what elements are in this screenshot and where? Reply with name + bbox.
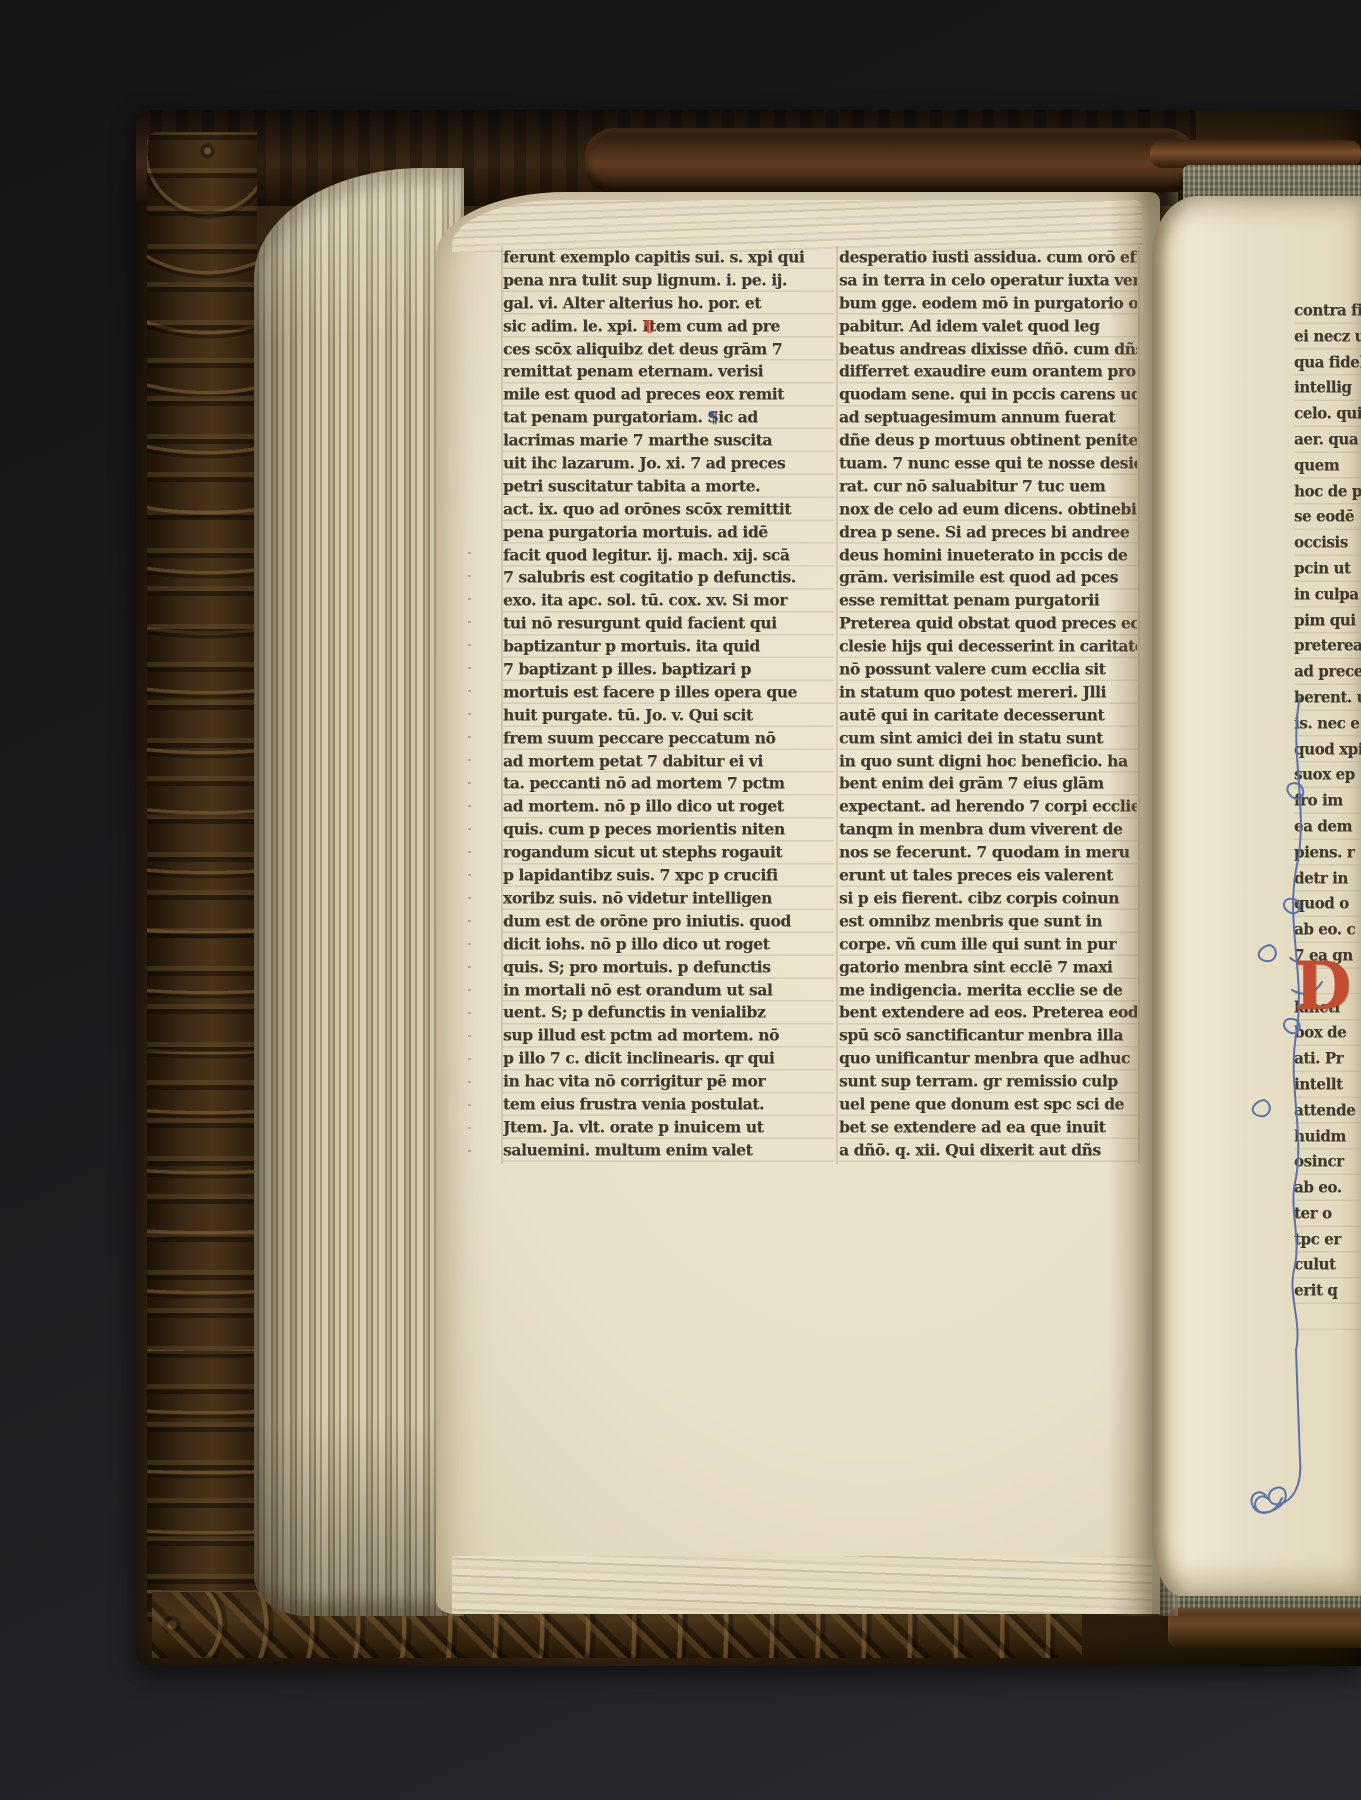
manuscript-text-line: celo. qui <box>1294 401 1361 428</box>
manuscript-text-line: est omnibz menbris que sunt in <box>839 910 1137 934</box>
manuscript-text-line: se eodē <box>1294 504 1361 531</box>
page-bottom-edges <box>452 1556 1152 1614</box>
manuscript-text-line: ces scōx aliquibz det deus grām 7 <box>503 338 834 362</box>
manuscript-text-line: me indigencia. merita ecclie se de <box>839 979 1137 1003</box>
manuscript-text-line: uit ihc lazarum. Jo. xi. 7 ad preces <box>503 452 834 476</box>
manuscript-text-line: quis. S; pro mortuis. p defunctis <box>503 956 834 980</box>
manuscript-text-line: rat. cur nō saluabitur 7 tuc uem <box>839 475 1137 499</box>
manuscript-text-line: grām. verisimile est quod ad pces <box>839 566 1137 590</box>
manuscript-text-line: intellig <box>1294 375 1361 402</box>
manuscript-text-line: p lapidantibz suis. 7 xpc p crucifi <box>503 864 834 888</box>
manuscript-text-line: desperatio iusti assidua. cum orō effi <box>839 246 1137 270</box>
manuscript-text-line: ferunt exemplo capitis sui. s. xpi qui <box>503 246 834 270</box>
decorated-initial-letter: D <box>1294 956 1351 1016</box>
manuscript-text-line: saluemini. multum enim valet <box>503 1139 834 1163</box>
manuscript-text-line: tui nō resurgunt quid facient qui <box>503 612 834 636</box>
manuscript-text-line: act. ix. quo ad orōnes scōx remittit <box>503 498 834 522</box>
manuscript-text-line: tat penam purgatoriam. ¶Sic ad <box>503 406 834 430</box>
manuscript-text-line: exo. ita apc. sol. tū. cox. xv. Si mor <box>503 589 834 613</box>
manuscript-text-line: nō possunt valere cum ecclia sit <box>839 658 1137 682</box>
manuscript-text-line: pena nra tulit sup lignum. i. pe. ij. <box>503 269 834 293</box>
binding-headband-roll <box>585 128 1195 194</box>
manuscript-text-line: tem eius frustra venia postulat. <box>503 1093 834 1117</box>
manuscript-text-line: bent enim dei grām 7 eius glām <box>839 772 1137 796</box>
manuscript-text-line: lacrimas marie 7 marthe suscita <box>503 429 834 453</box>
manuscript-text-line: a dñō. q. xii. Qui dixerit aut dñs <box>839 1139 1137 1163</box>
text-column-left: ferunt exemplo capitis sui. s. xpi quipe… <box>503 246 834 1164</box>
manuscript-text-line: contra fid <box>1294 298 1361 325</box>
manuscript-text-line: remittat penam eternam. verisi <box>503 360 834 384</box>
manuscript-text-line: deus homini inueterato in pccis de <box>839 544 1137 568</box>
manuscript-text-line: preterea h <box>1294 633 1361 660</box>
manuscript-text-line: occisis <box>1294 530 1361 557</box>
manuscript-text-line: quis. cum p peces morientis niten <box>503 818 834 842</box>
manuscript-text-line: esse remittat penam purgatorii <box>839 589 1137 613</box>
manuscript-text-line: petri suscitatur tabita a morte. <box>503 475 834 499</box>
manuscript-text-line: ad mortem. nō p illo dico ut roget <box>503 795 834 819</box>
manuscript-text-line: in hac vita nō corrigitur pē mor <box>503 1070 834 1094</box>
manuscript-text-line: clesie hijs qui decesserint in caritate <box>839 635 1137 659</box>
page-stack-shading <box>254 168 464 1616</box>
red-pilcrow-mark: ¶ <box>642 315 655 339</box>
manuscript-text-line: pim qui <box>1294 608 1361 635</box>
pricking-holes <box>468 552 471 1167</box>
manuscript-text-line: nos se fecerunt. 7 quodam in meru <box>839 841 1137 865</box>
manuscript-text-line: bet se extendere ad ea que inuit <box>839 1116 1137 1140</box>
manuscript-text-line: mile est quod ad preces eox remit <box>503 383 834 407</box>
manuscript-text-line: sunt sup terram. gr remissio culp <box>839 1070 1137 1094</box>
manuscript-text-line: 7 salubris est cogitatio p defunctis. <box>503 566 834 590</box>
blue-pilcrow-mark: ¶ <box>707 406 720 430</box>
photo-backdrop: ferunt exemplo capitis sui. s. xpi quipe… <box>0 0 1361 1800</box>
manuscript-text-line: dum est de orōne pro iniutis. quod <box>503 910 834 934</box>
manuscript-text-line: ad septuagesimum annum fuerat <box>839 406 1137 430</box>
manuscript-text-line: sic adim. le. xpi. ¶Item cum ad pre <box>503 315 834 339</box>
manuscript-text-line: dicit iohs. nō p illo dico ut roget <box>503 933 834 957</box>
manuscript-text-line: p illo 7 c. dicit inclinearis. qr qui <box>503 1047 834 1071</box>
manuscript-text-line: quo unificantur menbra que adhuc <box>839 1047 1137 1071</box>
manuscript-text-line: facit quod legitur. ij. mach. xij. scā <box>503 544 834 568</box>
manuscript-text-line: uel pene que donum est spc sci de <box>839 1093 1137 1117</box>
manuscript-text-line: cum sint amici dei in statu sunt <box>839 727 1137 751</box>
manuscript-text-line: mortuis est facere p illes opera que <box>503 681 834 705</box>
manuscript-text-line: rogandum sicut ut stephs rogauit <box>503 841 834 865</box>
manuscript-text-line: qua fideli <box>1294 350 1361 377</box>
manuscript-text-line: si p eis fierent. cibz corpis coinun <box>839 887 1137 911</box>
manuscript-text-line: erunt ut tales preces eis valerent <box>839 864 1137 888</box>
manuscript-text-line: 7 baptizant p illes. baptizari p <box>503 658 834 682</box>
text-column-right: desperatio iusti assidua. cum orō effisa… <box>839 246 1137 1164</box>
manuscript-text-line: sup illud est pctm ad mortem. nō <box>503 1024 834 1048</box>
manuscript-text-line: ad mortem petat 7 dabitur ei vi <box>503 750 834 774</box>
blue-penwork-flourish <box>1230 690 1361 1620</box>
manuscript-text-line: pena purgatoria mortuis. ad idē <box>503 521 834 545</box>
manuscript-text-line: Jtem. Ja. vlt. orate p inuicem ut <box>503 1116 834 1140</box>
manuscript-text-line: uent. S; p defunctis in venialibz <box>503 1001 834 1025</box>
manuscript-text-line: in statum quo potest mereri. Jlli <box>839 681 1137 705</box>
manuscript-text-line: in quo sunt digni hoc beneficio. ha <box>839 750 1137 774</box>
manuscript-text-line: spū scō sanctificantur menbra illa <box>839 1024 1137 1048</box>
manuscript-text-line: dñe deus p mortuus obtinent penite <box>839 429 1137 453</box>
manuscript-text-line: baptizantur p mortuis. ita quid <box>503 635 834 659</box>
manuscript-text-line: drea p sene. Si ad preces bi andree <box>839 521 1137 545</box>
manuscript-text-line: corpe. vñ cum ille qui sunt in pur <box>839 933 1137 957</box>
manuscript-text-line: xoribz suis. nō videtur intelligen <box>503 887 834 911</box>
manuscript-text-line: expectant. ad herendo 7 corpi ecclie <box>839 795 1137 819</box>
ruling-line <box>836 246 838 1164</box>
manuscript-text-line: differret exaudire eum orantem pro <box>839 360 1137 384</box>
manuscript-text-line: quodam sene. qui in pccis carens ud <box>839 383 1137 407</box>
manuscript-text-line: bum gge. eodem mō in purgatorio o <box>839 292 1137 316</box>
manuscript-text-line: pabitur. Ad idem valet quod leg <box>839 315 1137 339</box>
manuscript-text-line: pcin ut <box>1294 556 1361 583</box>
embossed-border-left <box>147 132 257 1622</box>
manuscript-text-line: Preterea quid obstat quod preces ec <box>839 612 1137 636</box>
manuscript-text-line: frem suum peccare peccatum nō <box>503 727 834 751</box>
manuscript-text-line: quem <box>1294 453 1361 480</box>
manuscript-text-line: in mortali nō est orandum ut sal <box>503 979 834 1003</box>
manuscript-text-line: in culpa <box>1294 582 1361 609</box>
manuscript-text-line: huit purgate. tū. Jo. v. Qui scit <box>503 704 834 728</box>
manuscript-text-line: bent extendere ad eos. Preterea eodē <box>839 1001 1137 1025</box>
manuscript-text-line: ta. peccanti nō ad mortem 7 pctm <box>503 772 834 796</box>
manuscript-text-line: tanqm in menbra dum viverent de <box>839 818 1137 842</box>
manuscript-text-line: ad prece <box>1294 659 1361 686</box>
manuscript-text-line: beatus andreas dixisse dñō. cum dñs <box>839 338 1137 362</box>
manuscript-text-line: tuam. 7 nunc esse qui te nosse deside <box>839 452 1137 476</box>
manuscript-text-line: sa in terra in celo operatur iuxta ver <box>839 269 1137 293</box>
page-top-edges <box>452 200 1142 252</box>
manuscript-text-line: ei necz ut <box>1294 324 1361 351</box>
manuscript-text-line: gatorio menbra sint ecclē 7 maxi <box>839 956 1137 980</box>
manuscript-text-line: aer. qua <box>1294 427 1361 454</box>
manuscript-text-line: autē qui in caritate decesserunt <box>839 704 1137 728</box>
binding-rod <box>1150 140 1361 168</box>
manuscript-text-line: nox de celo ad eum dicens. obtinebis <box>839 498 1137 522</box>
manuscript-text-line: gal. vi. Alter alterius ho. por. et <box>503 292 834 316</box>
manuscript-text-line: hoc de p <box>1294 479 1361 506</box>
